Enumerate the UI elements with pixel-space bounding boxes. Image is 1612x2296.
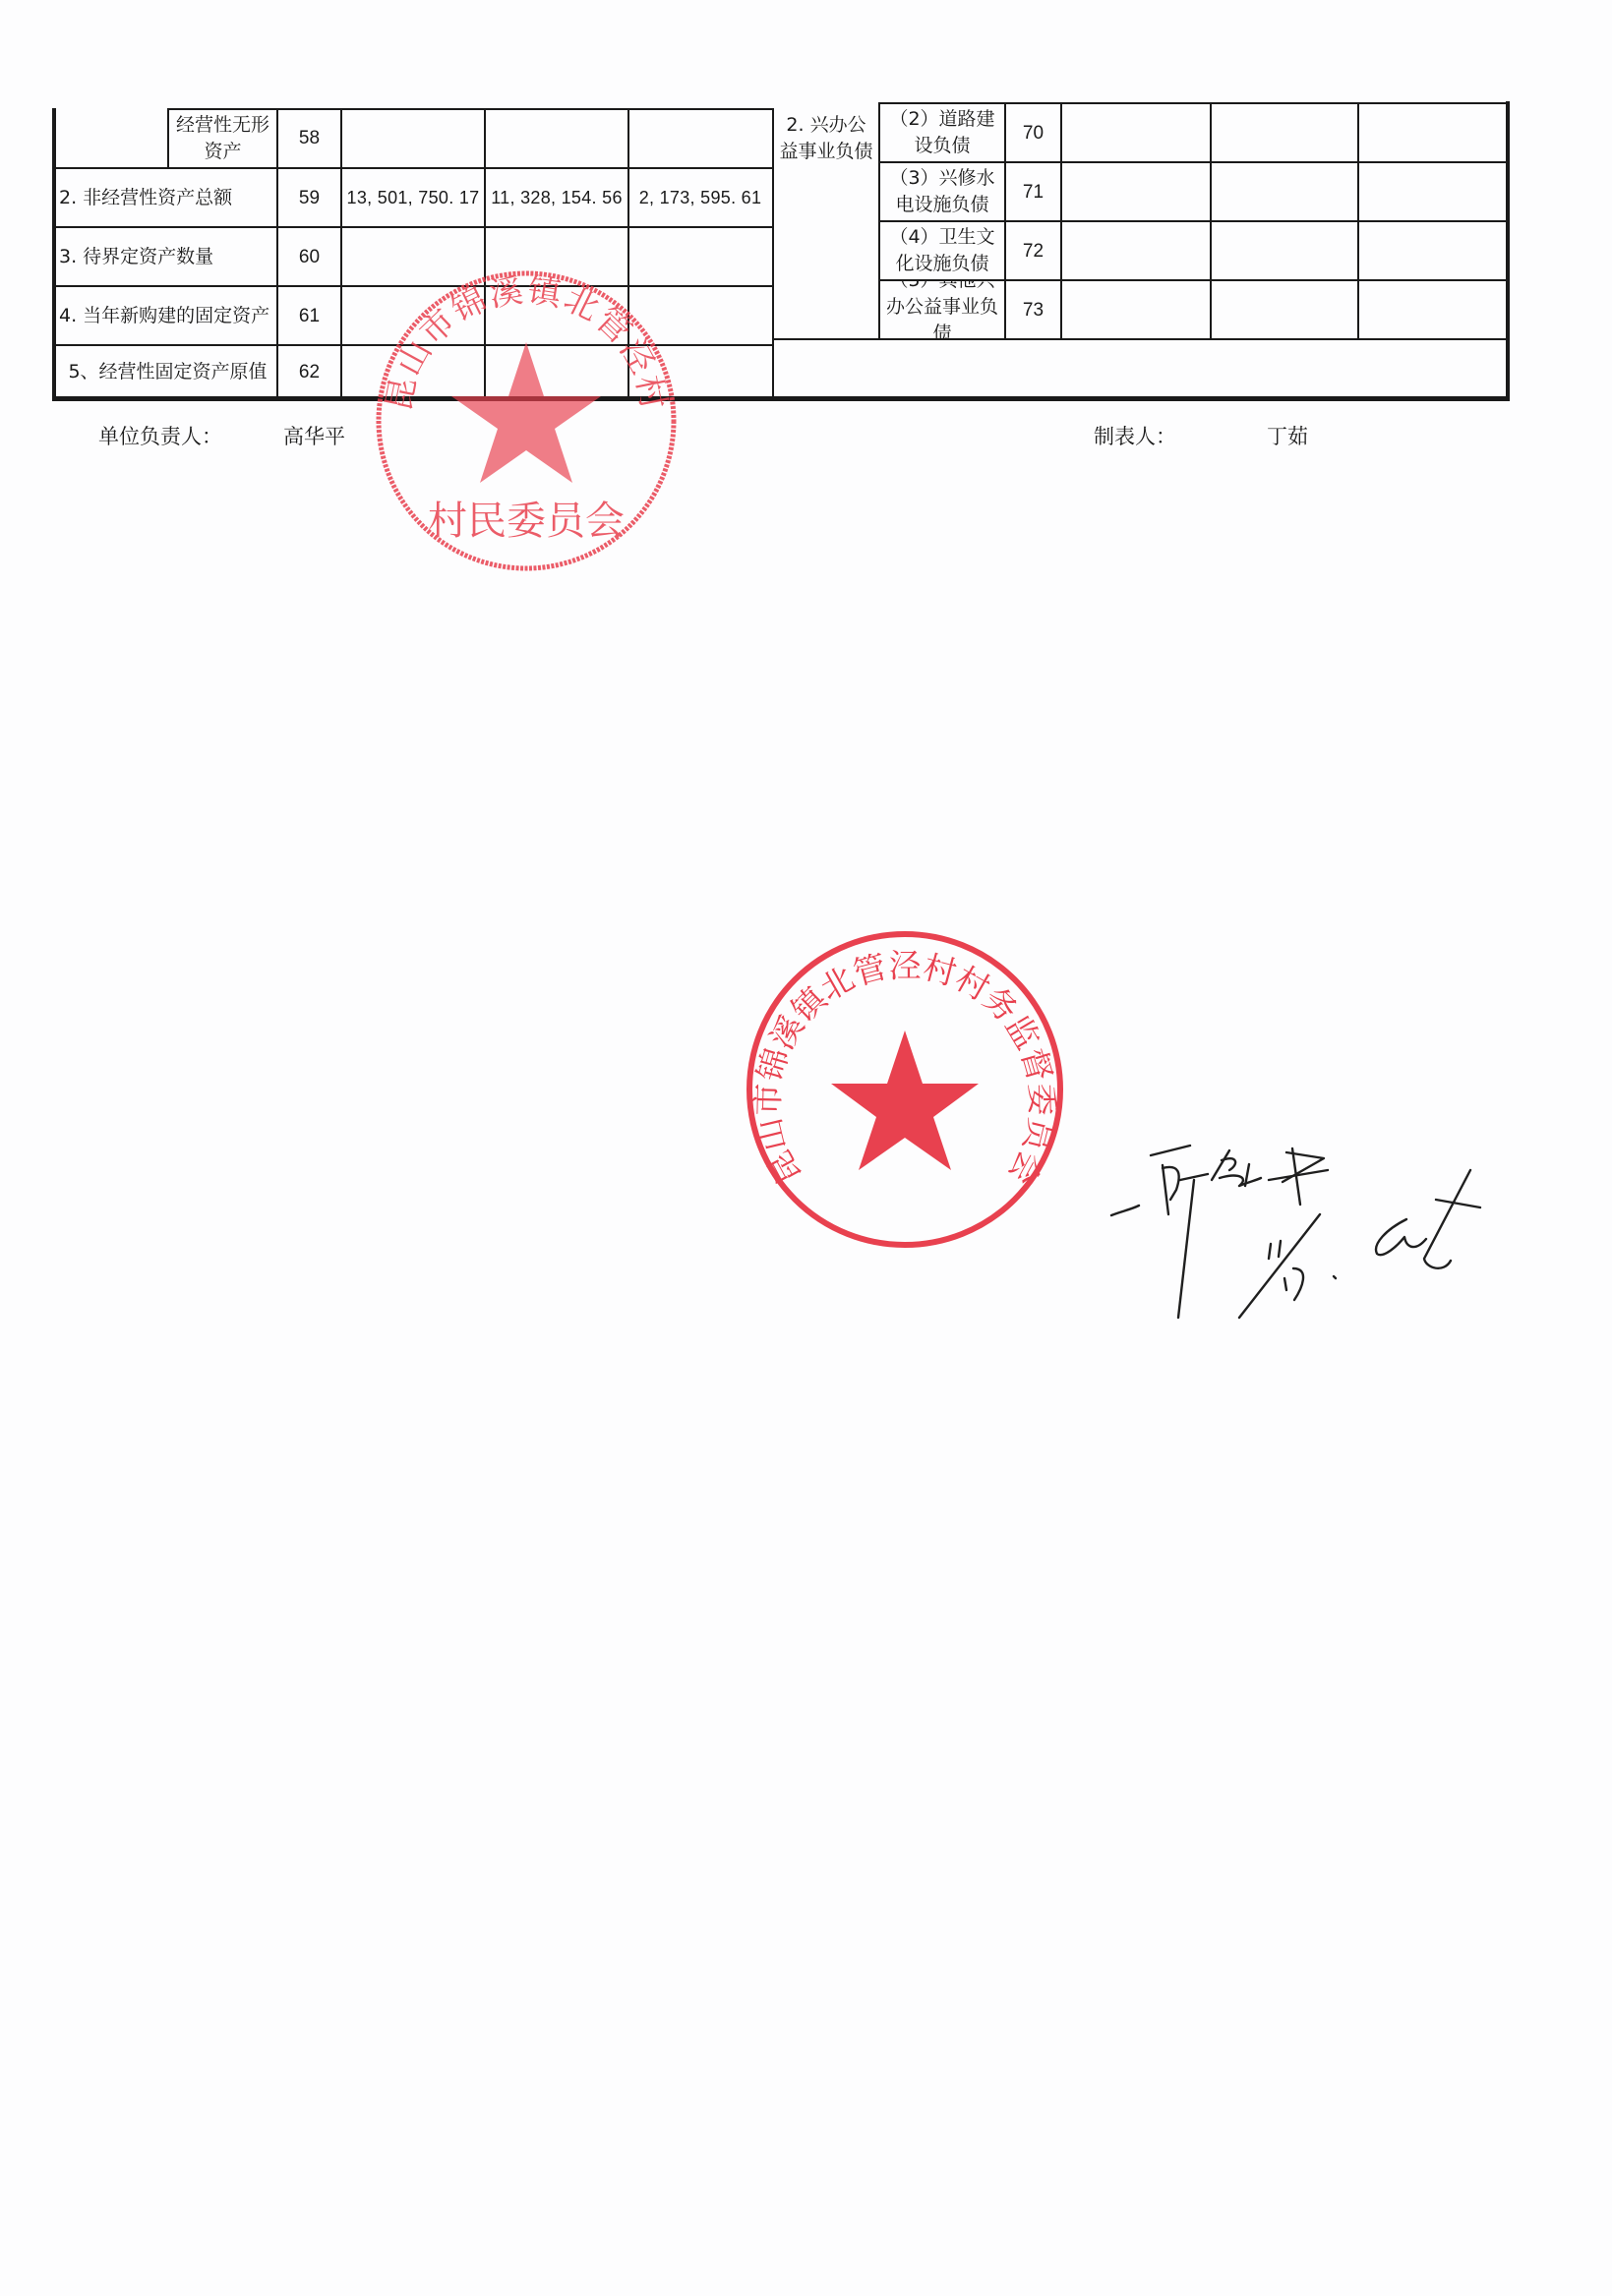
row-58-line: 58 (278, 109, 340, 167)
row-59-value-3: 2, 173, 595. 61 (629, 169, 771, 226)
grid-line (276, 108, 278, 398)
row-58-value-2 (486, 109, 627, 167)
row-72-label: （4）卫生文化设施负债 (880, 222, 1004, 279)
star-icon (451, 342, 601, 483)
row-61-line: 61 (278, 287, 340, 344)
row-70-label: （2）道路建设负债 (880, 104, 1004, 161)
village-affairs-supervision-seal: 昆山市锦溪镇北管泾村村务监督委员会 (740, 924, 1070, 1255)
row-61-label: 4. 当年新购建的固定资产 (55, 287, 276, 344)
grid-line (1060, 102, 1062, 339)
row-73-label-text: （5）其他兴办公益事业负债 (880, 281, 1004, 338)
row-72-value-3 (1359, 222, 1505, 279)
row-71-value-3 (1359, 163, 1505, 220)
row-70-value-2 (1212, 104, 1357, 161)
row-58-value-3 (629, 109, 771, 167)
row-72-value-1 (1062, 222, 1210, 279)
grid-line (878, 279, 1508, 281)
grid-line (772, 108, 774, 398)
grid-line (1210, 102, 1212, 339)
row-73-value-1 (1062, 281, 1210, 338)
row-59-label: 2. 非经营性资产总额 (55, 169, 276, 226)
row-72-line: 72 (1006, 222, 1060, 279)
unit-head-label: 单位负责人： (98, 421, 222, 450)
row-73-label: （5）其他兴办公益事业负债 (880, 281, 1004, 338)
row-62-line: 62 (278, 346, 340, 397)
table-border-right (1506, 101, 1510, 401)
svg-text:村民委员会: 村民委员会 (428, 499, 625, 544)
grid-line (1004, 102, 1006, 339)
row-70-value-1 (1062, 104, 1210, 161)
row-59-value-2: 11, 328, 154. 56 (486, 169, 627, 226)
row-73-line: 73 (1006, 281, 1060, 338)
row-58-label: 经营性无形资产 (169, 109, 276, 167)
row-70-value-3 (1359, 104, 1505, 161)
preparer-label: 制表人： (1094, 421, 1176, 450)
grid-line (878, 102, 1508, 104)
row-71-value-2 (1212, 163, 1357, 220)
row-60-label: 3. 待界定资产数量 (55, 228, 276, 285)
grid-line (772, 338, 1508, 340)
row-59-line: 59 (278, 169, 340, 226)
grid-line (1357, 102, 1359, 339)
row-73-value-3 (1359, 281, 1505, 338)
right-group-label: 2. 兴办公益事业负债 (777, 108, 875, 197)
grid-line (878, 161, 1508, 163)
row-58-value-1 (342, 109, 484, 167)
row-71-line: 71 (1006, 163, 1060, 220)
row-71-label: （3）兴修水电设施负债 (880, 163, 1004, 220)
row-72-value-2 (1212, 222, 1357, 279)
unit-head-name: 高华平 (283, 421, 345, 450)
table-border-left (52, 108, 56, 400)
handwritten-signature (1092, 1121, 1485, 1337)
star-icon (831, 1030, 979, 1170)
grid-line (167, 108, 772, 110)
row-71-value-1 (1062, 163, 1210, 220)
grid-line (878, 102, 880, 339)
row-73-value-2 (1212, 281, 1357, 338)
preparer-name: 丁茹 (1267, 421, 1308, 450)
grid-line (340, 108, 342, 398)
grid-line (878, 220, 1508, 222)
row-60-line: 60 (278, 228, 340, 285)
villagers-committee-seal: 昆山市锦溪镇北管泾村 村民委员会 (369, 264, 684, 578)
table-border-bottom (52, 396, 1510, 401)
row-70-line: 70 (1006, 104, 1060, 161)
row-59-value-1: 13, 501, 750. 17 (342, 169, 484, 226)
grid-line (52, 226, 772, 228)
grid-line (52, 167, 772, 169)
grid-line (167, 108, 169, 168)
row-62-label: 5、经营性固定资产原值 (59, 346, 276, 397)
